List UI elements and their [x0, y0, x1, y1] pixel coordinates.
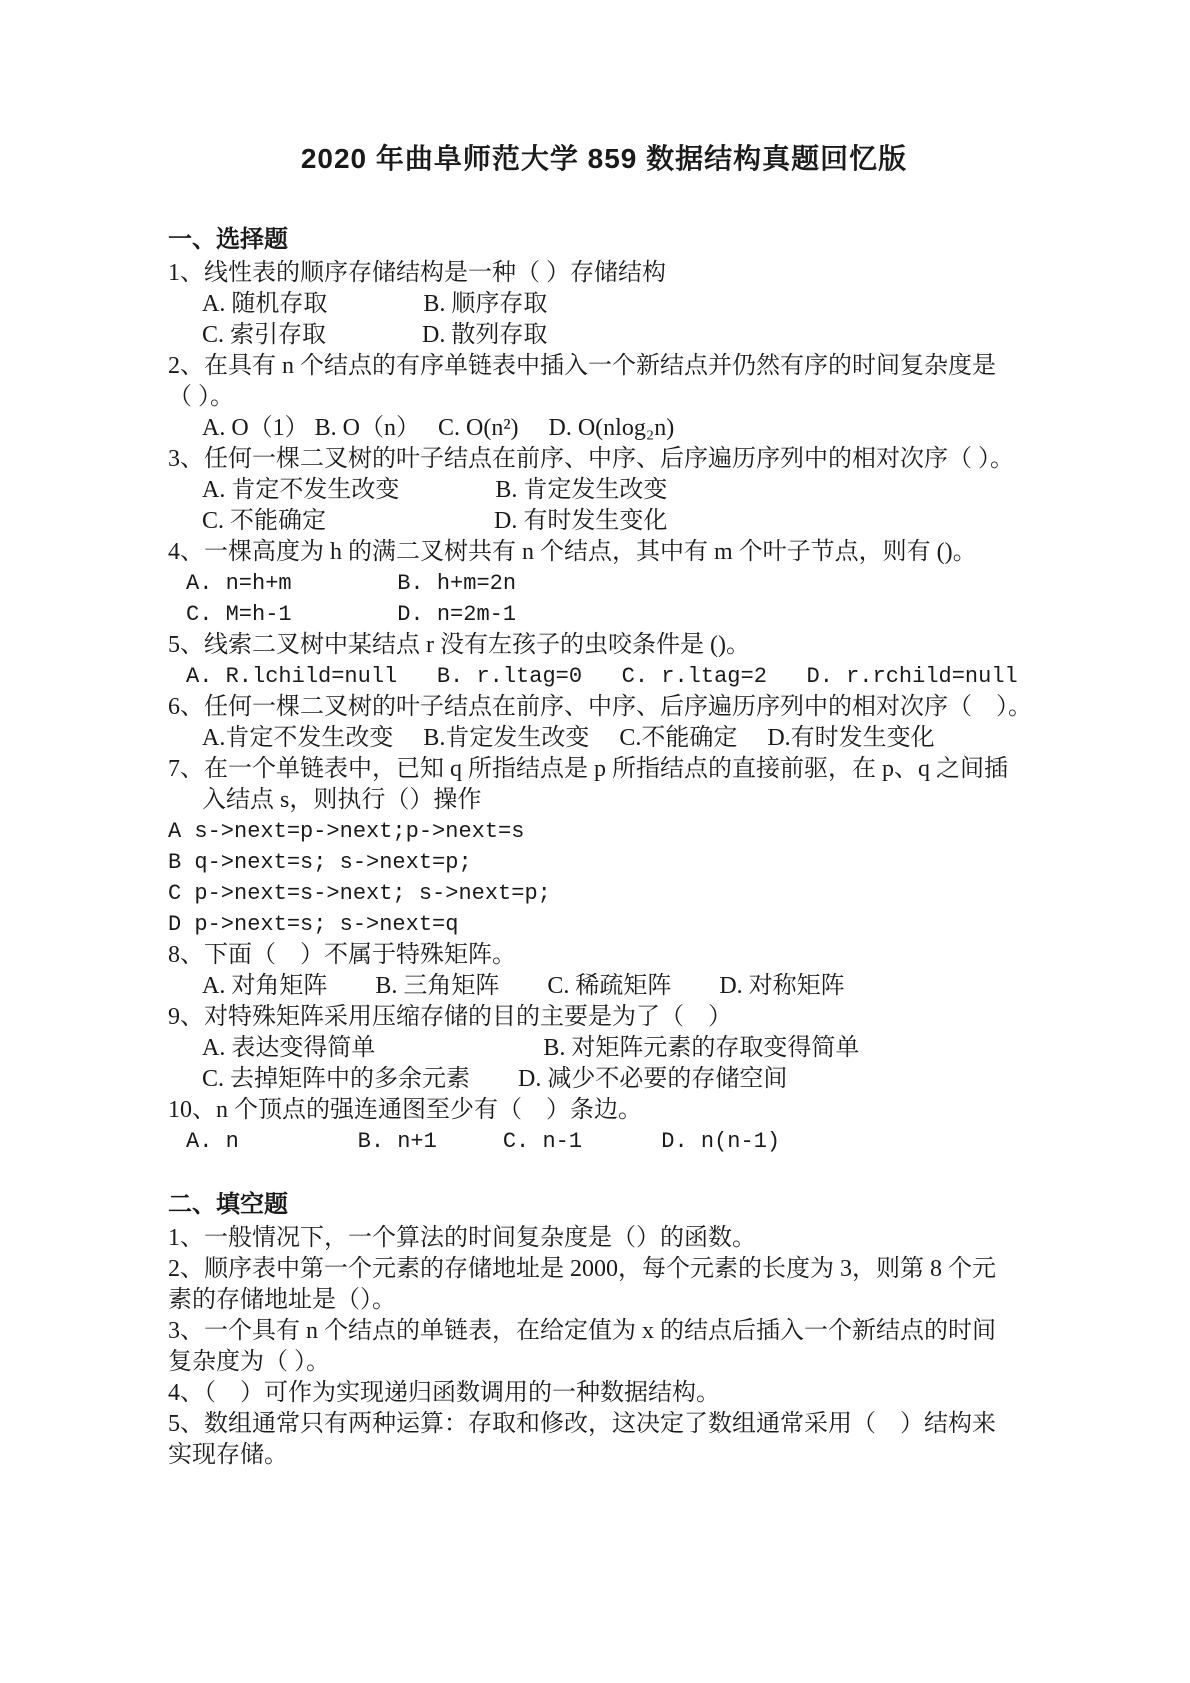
document-title: 2020 年曲阜师范大学 859 数据结构真题回忆版 — [168, 142, 1040, 176]
option-row: A. 对角矩阵 B. 三角矩阵 C. 稀疏矩阵 D. 对称矩阵 — [168, 971, 1060, 1002]
section-heading-fill-in-blank: 二、填空题 — [168, 1187, 1060, 1223]
question-stem-line: 1、线性表的顺序存储结构是一种（ ）存储结构 — [168, 258, 1060, 289]
question-stem-line: 6、任何一棵二叉树的叶子结点在前序、中序、后序遍历序列中的相对次序（ ）。 — [168, 692, 1060, 723]
section-fill-in-blank: 二、填空题 1、一般情况下，一个算法的时间复杂度是（）的函数。2、顺序表中第一个… — [168, 1187, 1060, 1471]
question-stem-line: 2、在具有 n 个结点的有序单链表中插入一个新结点并仍然有序的时间复杂度是 — [168, 351, 1060, 382]
question-continuation-line: 实现存储。 — [168, 1440, 1060, 1471]
option-row: A. n=h+m B. h+m=2n — [168, 568, 1060, 599]
section-body-multiple-choice: 1、线性表的顺序存储结构是一种（ ）存储结构A. 随机存取 B. 顺序存取C. … — [168, 258, 1060, 1157]
question-stem-line: 3、任何一棵二叉树的叶子结点在前序、中序、后序遍历序列中的相对次序（ ）。 — [168, 444, 1060, 475]
question-stem-line: 7、在一个单链表中，已知 q 所指结点是 p 所指结点的直接前驱，在 p、q 之… — [168, 754, 1060, 785]
option-row: C. 索引存取 D. 散列存取 — [168, 320, 1060, 351]
code-option-row: D p->next=s; s->next=q — [168, 909, 1060, 940]
option-row: A. O（1） B. O（n） C. O(n²) D. O(nlog₂n) — [168, 413, 1060, 444]
option-row: C. 去掉矩阵中的多余元素 D. 减少不必要的存储空间 — [168, 1064, 1060, 1095]
question-stem-line: 9、对特殊矩阵采用压缩存储的目的主要是为了（ ） — [168, 1002, 1060, 1033]
question-stem-line: 2、顺序表中第一个元素的存储地址是 2000，每个元素的长度为 3，则第 8 个… — [168, 1254, 1060, 1285]
option-row: C. M=h-1 D. n=2m-1 — [168, 599, 1060, 630]
section-heading-multiple-choice: 一、选择题 — [168, 222, 1060, 258]
option-row: C. 不能确定 D. 有时发生变化 — [168, 506, 1060, 537]
option-row: A. 随机存取 B. 顺序存取 — [168, 289, 1060, 320]
question-stem-line: 1、一般情况下，一个算法的时间复杂度是（）的函数。 — [168, 1223, 1060, 1254]
code-option-row: C p->next=s->next; s->next=p; — [168, 878, 1060, 909]
code-option-row: A s->next=p->next;p->next=s — [168, 816, 1060, 847]
option-row: A. R.lchild=null B. r.ltag=0 C. r.ltag=2… — [168, 661, 1060, 692]
option-row: A. 表达变得简单 B. 对矩阵元素的存取变得简单 — [168, 1033, 1060, 1064]
question-stem-line: 8、下面（ ）不属于特殊矩阵。 — [168, 940, 1060, 971]
option-row: A. n B. n+1 C. n-1 D. n(n-1) — [168, 1126, 1060, 1157]
question-continuation-line: （ ）。 — [168, 382, 1060, 413]
question-stem-line: 3、一个具有 n 个结点的单链表，在给定值为 x 的结点后插入一个新结点的时间 — [168, 1316, 1060, 1347]
question-stem-line: 5、数组通常只有两种运算：存取和修改，这决定了数组通常采用（ ）结构来 — [168, 1409, 1060, 1440]
question-stem-line: 10、n 个顶点的强连通图至少有（ ）条边。 — [168, 1095, 1060, 1126]
question-stem-line: 5、线索二叉树中某结点 r 没有左孩子的虫咬条件是 ()。 — [168, 630, 1060, 661]
question-stem-line: 4、（ ）可作为实现递归函数调用的一种数据结构。 — [168, 1378, 1060, 1409]
section-multiple-choice: 一、选择题 1、线性表的顺序存储结构是一种（ ）存储结构A. 随机存取 B. 顺… — [168, 222, 1060, 1157]
exam-document-page: 2020 年曲阜师范大学 859 数据结构真题回忆版 一、选择题 1、线性表的顺… — [0, 0, 1190, 1683]
question-continuation-line: 复杂度为（ ）。 — [168, 1347, 1060, 1378]
question-continuation-line: 素的存储地址是（）。 — [168, 1285, 1060, 1316]
section-body-fill-in-blank: 1、一般情况下，一个算法的时间复杂度是（）的函数。2、顺序表中第一个元素的存储地… — [168, 1223, 1060, 1471]
code-option-row: B q->next=s; s->next=p; — [168, 847, 1060, 878]
question-stem-line: 4、一棵高度为 h 的满二叉树共有 n 个结点，其中有 m 个叶子节点，则有 (… — [168, 537, 1060, 568]
option-row: A. 肯定不发生改变 B. 肯定发生改变 — [168, 475, 1060, 506]
option-row: A.肯定不发生改变 B.肯定发生改变 C.不能确定 D.有时发生变化 — [168, 723, 1060, 754]
question-continuation-line: 入结点 s，则执行（）操作 — [168, 785, 1060, 816]
